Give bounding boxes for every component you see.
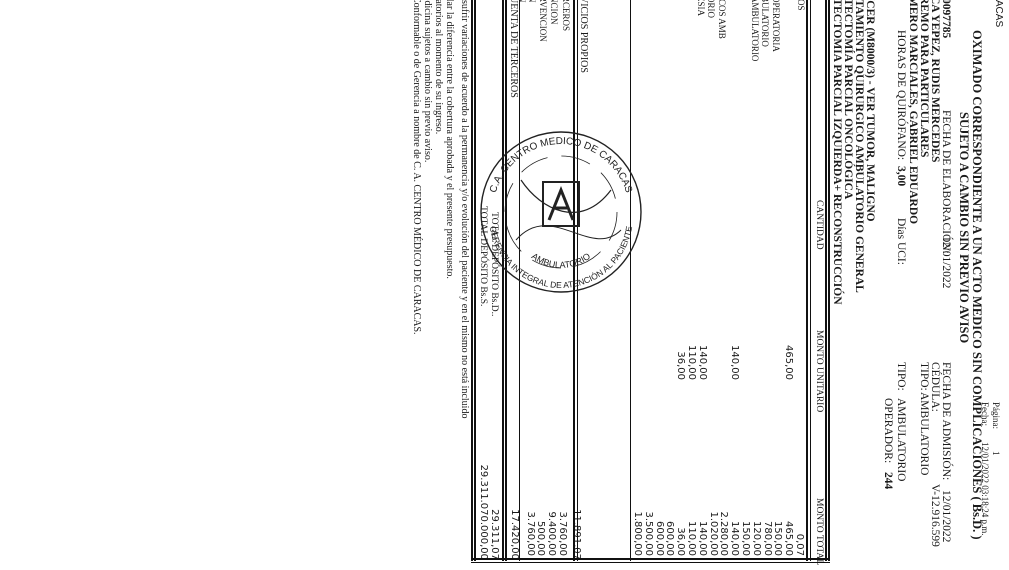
service-unit-price: 465,00 (783, 300, 794, 380)
page-label: Página: (991, 402, 1001, 429)
tipo2-value: AMBULATORIO (895, 398, 907, 482)
footer-note: ratorios al momento de su ingreso. (433, 0, 444, 134)
elaboration-date: 12/01/2022 (940, 236, 952, 288)
document-title: OXIMADO CORRESPONDIENTE A UN ACTO MEDICO… (969, 30, 984, 540)
clinic-stamp: C.A. CENTRO MEDICO DE CARACAS GERENCIA I… (471, 120, 651, 296)
service-total: 140,00 (696, 470, 707, 556)
service-total: 110,00 (686, 470, 697, 556)
service-total: 0,07 (794, 470, 805, 556)
service-total: 150,00 (740, 470, 751, 556)
procedure-line: ATAMIENTO QUIRURGICO AMBULATORIO GENERAL (853, 0, 864, 293)
icu-days-label: Días UCI: (895, 218, 907, 265)
page-number: 1 (991, 451, 1001, 456)
table-right-border (471, 558, 830, 560)
or-hours-label: HORAS DE QUIRÓFANO: (895, 30, 907, 160)
service-unit-price: 36,00 (675, 300, 686, 380)
third-party-total-label: UENTA DE TERCEROS (508, 0, 519, 98)
service-total: 780,00 (761, 470, 772, 556)
service-unit-price: 110,00 (686, 300, 697, 380)
column-header-monto-total: MONTO TOTAL (814, 498, 824, 565)
footer-note: Conformable o de Gerencia a nombre de C.… (411, 0, 422, 335)
deposit-bsd-value: 29.311,07 (489, 430, 500, 560)
third-party-total: 17.420,00 (509, 460, 520, 560)
table-right-border (471, 562, 830, 563)
or-hours-value: 3,00 (895, 166, 907, 186)
admission-date: 12/01/2022 (940, 490, 952, 542)
procedure-line: STECTOMÍA PARCIAL ONCOLÓGICA (842, 0, 853, 199)
footer-note: ilar la diferencia entre la cobertura ap… (444, 0, 455, 279)
patient-name: CA YEPEZ, RUDIS MERCEDES (929, 0, 941, 162)
service-total: 140,00 (729, 470, 740, 556)
column-header-cantidad: CANTIDAD (814, 200, 824, 250)
rotated-document-page: ARACAS e Página:1 Fecha:12/01/2022 03:18… (0, 0, 1009, 570)
service-total: 36,00 (675, 470, 686, 556)
service-total: 600,00 (653, 470, 664, 556)
service-description: ICOS AMB (717, 0, 728, 39)
svg-text:AMBULATORIO: AMBULATORIO (530, 251, 592, 270)
header-divider (810, 0, 811, 561)
document-subtitle: SUJETO A CAMBIO SIN PREVIO AVISO (956, 112, 971, 343)
service-total: 3.500,00 (642, 470, 653, 556)
third-party-description: N (516, 0, 527, 3)
tipo-value: AMBULATORIO (918, 392, 930, 476)
record-number: 0097785 (940, 0, 952, 38)
third-party-description: NCION (549, 0, 560, 25)
service-total: 1.800,00 (632, 470, 643, 556)
third-party-label: RCEROS (561, 0, 572, 31)
service-description: AMBULATORIO (749, 0, 760, 61)
third-party-total: 3.760,00 (524, 470, 535, 556)
doctor-name: MERO MARCIALES, GABRIEL EDUARDO (907, 0, 919, 224)
footer-note: sufrir variaciones de acuerdo a la perma… (459, 0, 470, 418)
deposit-bss-value: 29.311.070.000,00 (478, 400, 489, 560)
service-total: 150,00 (772, 470, 783, 556)
company-name: ARACAS e (983, 0, 1003, 27)
cedula-value: V-12.916.599 (929, 484, 941, 547)
operator-label: OPERADOR: (882, 398, 894, 463)
service-total: 465,00 (783, 470, 794, 556)
section-label: IOS (796, 0, 807, 11)
third-party-description: RVENCION (538, 0, 549, 42)
third-party-total: 3.760,00 (557, 470, 568, 556)
stamp-inner-text: AMBULATORIO (530, 251, 592, 270)
service-description: ESIA (695, 0, 706, 16)
plan-name: REMO PARA PARTICULARES (918, 0, 930, 157)
service-unit-price: 140,00 (696, 300, 707, 380)
footer-note: edicina sujetos a cambio sin previo avis… (422, 0, 433, 162)
third-party-description: N (527, 0, 538, 3)
diagnosis-line: NCER (M8000/3) - VER TUMOR, MALIGNO (864, 0, 875, 222)
service-unit-price: 140,00 (729, 300, 740, 380)
elaboration-label: FECHA DE ELABORACIÓN: (940, 110, 952, 254)
service-total: 600,00 (664, 470, 675, 556)
service-total: 2.280,00 (718, 470, 729, 556)
svg-text:C.A. CENTRO MEDICO DE CARACAS: C.A. CENTRO MEDICO DE CARACAS (488, 136, 634, 195)
third-party-total: 500,00 (535, 470, 546, 556)
service-total: 1.020,00 (707, 470, 718, 556)
stamp-top-text: C.A. CENTRO MEDICO DE CARACAS (488, 136, 634, 195)
service-description: BULATORIO (760, 0, 771, 47)
operator-value: 244 (882, 472, 894, 489)
service-description: ORIO (706, 0, 717, 18)
table-top-border (828, 0, 830, 561)
tipo-label: TIPO: (918, 362, 930, 391)
header-divider (806, 0, 808, 561)
service-description: OPERATORIA (771, 0, 782, 52)
admission-label: FECHA DE ADMISIÓN: (940, 362, 952, 480)
own-services-total-label: VICIOS PROPIOS (578, 0, 589, 73)
column-header-monto-unitario: MONTO UNITARIO (814, 330, 824, 412)
third-party-total: 9.400,00 (546, 470, 557, 556)
service-total: 120,00 (750, 470, 761, 556)
cedula-label: CÉDULA: (929, 362, 941, 412)
procedure-line: STECTOMIA PARCIAL IZQUIERDA+ RECONSTRUCC… (831, 0, 842, 305)
table-top-border (825, 0, 827, 561)
tipo2-label: TIPO: (895, 362, 907, 391)
